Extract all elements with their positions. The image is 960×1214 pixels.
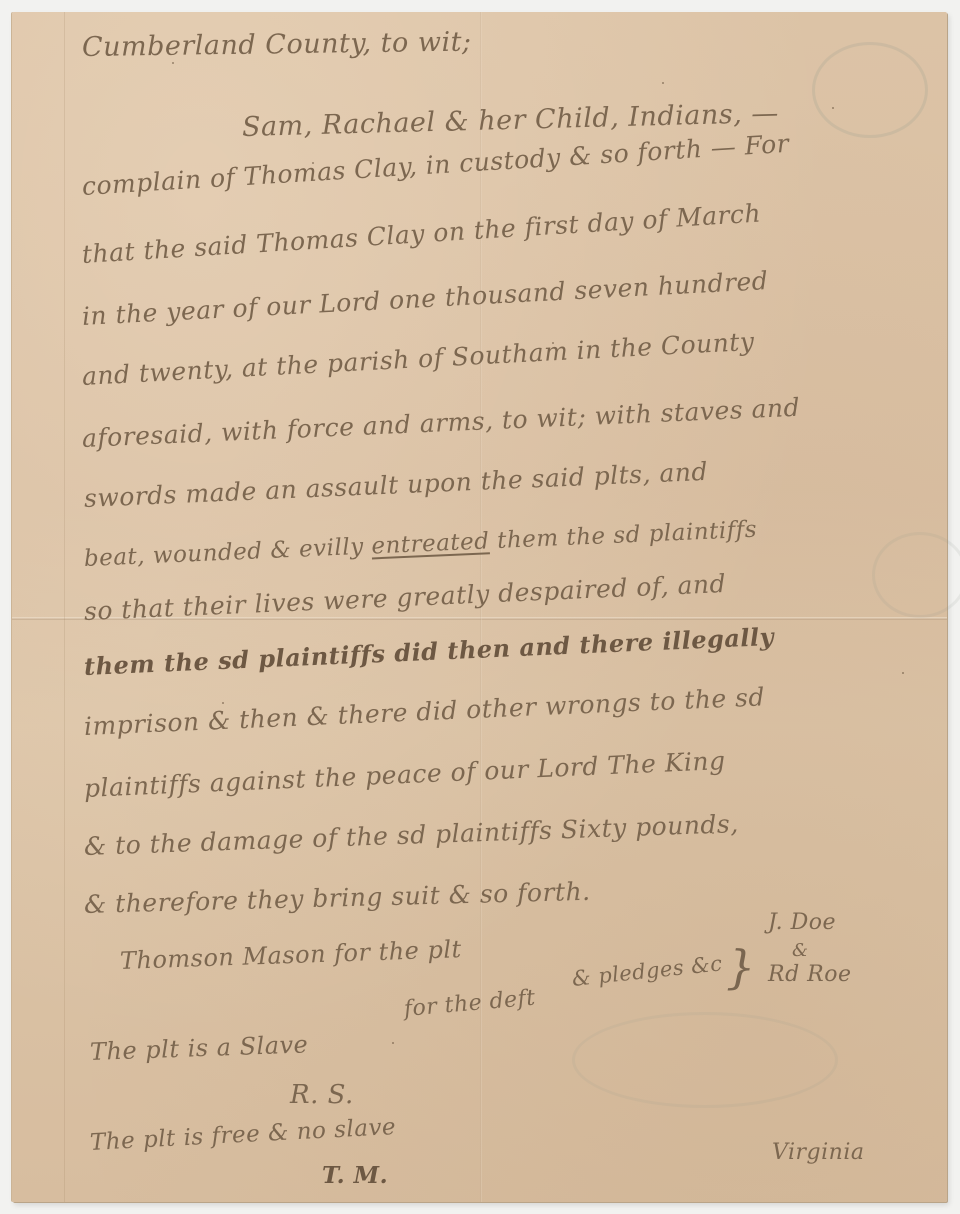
plea-initials: R. S. (290, 1080, 354, 1110)
paper-speck (662, 82, 664, 84)
paper-speck (392, 1042, 394, 1044)
paper-sheet: Cumberland County, to wit; Sam, Rachael … (12, 12, 947, 1202)
underlined-word: entreated (371, 528, 490, 559)
scanned-document: Cumberland County, to wit; Sam, Rachael … (0, 0, 960, 1214)
bleed-through-stain (812, 42, 928, 138)
bleed-through-stain (572, 1012, 838, 1108)
plea-initials: T. M. (322, 1162, 388, 1189)
margin-crease (64, 12, 65, 1202)
pledge-name: J. Doe (768, 910, 836, 935)
pledge-ampersand: & (792, 940, 809, 961)
pledge-name: Rd Roe (768, 962, 851, 987)
place-name: Virginia (772, 1140, 865, 1165)
brace-icon: } (726, 940, 755, 994)
paper-speck (902, 672, 904, 674)
paper-speck (222, 702, 224, 704)
paper-speck (172, 62, 174, 64)
paper-speck (832, 107, 834, 109)
venue-heading: Cumberland County, to wit; (82, 27, 472, 63)
bleed-through-stain (872, 532, 960, 618)
